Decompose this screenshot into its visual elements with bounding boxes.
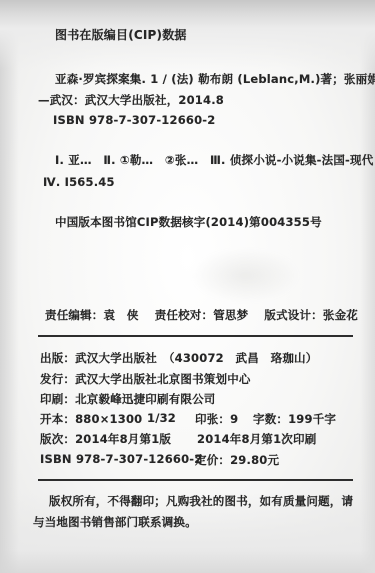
staff-editor-label: 责任编辑：: [45, 308, 104, 322]
isbn-value: ISBN 978-7-307-12660-2: [40, 452, 202, 466]
divider-bottom: [38, 479, 353, 481]
staff-proofreader-name: 管思梦: [213, 308, 248, 322]
format-line: 开本：880×1300 1/32 印张：9 字数：199千字: [40, 411, 360, 427]
staff-proofreader: 责任校对：管思梦: [155, 307, 249, 323]
classification-line2: Ⅳ. I565.45: [43, 175, 115, 189]
sheet-fraction: 1/32: [147, 411, 176, 425]
printed-sheets: 印张：9: [195, 411, 238, 427]
staff-proofreader-label: 责任校对：: [155, 308, 214, 322]
cip-header: 图书在版编目(CIP)数据: [55, 26, 187, 43]
edition-line: 版次：2014年8月第1版 2014年8月第1次印刷: [40, 431, 360, 447]
printing-value: 2014年8月第1次印刷: [197, 431, 316, 447]
cip-copyright-page: 图书在版编目(CIP)数据 亚森·罗宾探案集. 1 / (法) 勒布朗 (Leb…: [0, 0, 375, 573]
cip-record-number: 中国版本图书馆CIP数据核字(2014)第004355号: [55, 214, 322, 230]
divider-top: [38, 335, 353, 337]
format-value: 开本：880×1300: [40, 411, 142, 427]
word-count: 字数：199千字: [253, 411, 336, 427]
publish-line: 出版：武汉大学出版社 （430072 武昌 珞珈山）: [40, 350, 360, 366]
staff-designer: 版式设计：张金花: [264, 307, 358, 323]
print-line: 印刷：北京毅峰迅捷印刷有限公司: [40, 391, 360, 407]
staff-designer-name: 张金花: [323, 308, 358, 322]
staff-row: 责任编辑：袁 侠 责任校对：管思梦 版式设计：张金花: [45, 307, 358, 323]
distribute-line: 发行：武汉大学出版社北京图书策划中心: [40, 371, 360, 387]
cip-entry-isbn: ISBN 978-7-307-12660-2: [53, 113, 215, 127]
staff-designer-label: 版式设计：: [264, 308, 323, 322]
isbn-price-line: ISBN 978-7-307-12660-2 定价：29.80元: [40, 452, 360, 468]
cip-entry-publisher-line: —武汉：武汉大学出版社，2014.8: [38, 92, 224, 108]
price-value: 定价：29.80元: [195, 452, 279, 468]
classification-line1: Ⅰ. 亚… Ⅱ. ①勒… ②张… Ⅲ. 侦探小说-小说集-法国-现代: [55, 152, 373, 168]
scan-smudge: [190, 248, 300, 303]
staff-editor-name: 袁 侠: [104, 308, 139, 322]
staff-editor: 责任编辑：袁 侠: [45, 307, 139, 323]
copyright-notice: 版权所有，不得翻印；凡购我社的图书，如有质量问题，请与当地图书销售部门联系调换。: [33, 491, 363, 533]
edition-value: 版次：2014年8月第1版: [40, 431, 171, 447]
cip-entry-title-line: 亚森·罗宾探案集. 1 / (法) 勒布朗 (Leblanc,M.)著；张丽娟译…: [55, 71, 375, 87]
